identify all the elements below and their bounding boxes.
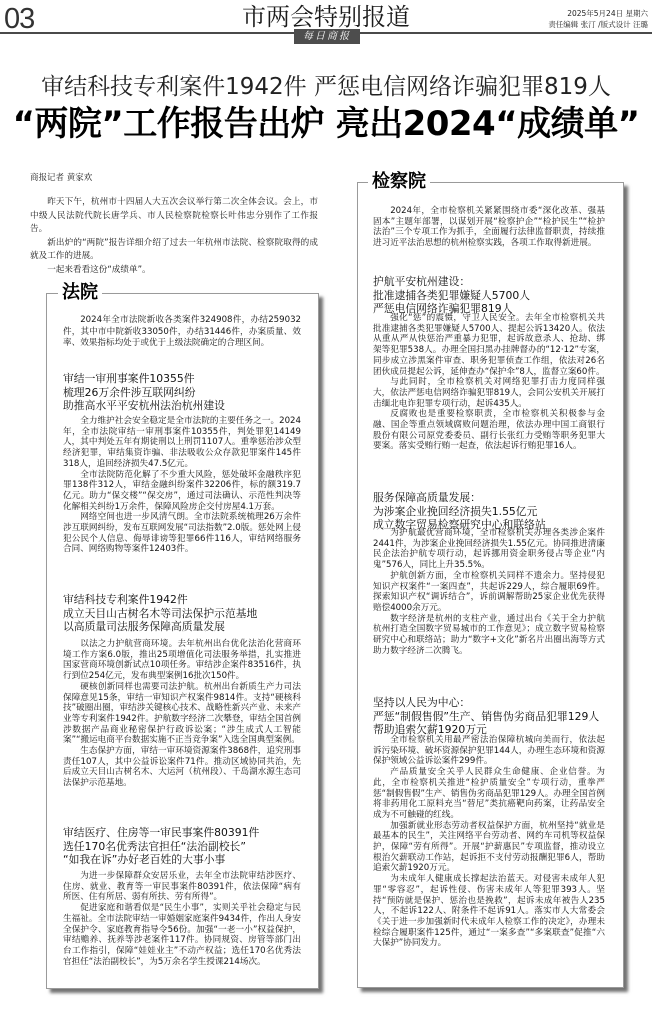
paragraph: 以法之力护航营商环境。去年杭州出台优化法治化营商环境工作方案6.0版，推出25项… — [63, 639, 301, 682]
section-title: 市两会特别报道 — [176, 3, 476, 31]
procuratorate-lead-paragraph: 2024年，全市检察机关紧紧围绕市委“深化改革、强基固本”主题年部署，以谋划开展… — [373, 206, 605, 249]
subhead: 助推高水平平安杭州法治杭州建设 — [63, 399, 301, 413]
procuratorate-box-title: 检察院 — [368, 172, 430, 192]
headline-title: “两院”工作报告出炉 亮出2024“成绩单” — [0, 104, 652, 144]
paragraph: 网络空间也进一步风清气朗。全市法院系统梳理26万余件涉互联网纠纷，发布互联网发展… — [63, 512, 301, 555]
subhead: 审结医疗、住房等一审民事案件80391件 — [63, 826, 301, 840]
paragraph: 全市检察机关用最严密法治保障杭城向美而行，依法起诉污染环境、破坏资源保护犯罪14… — [373, 735, 605, 767]
paragraph: 全力维护社会安全稳定是全市法院的主要任务之一。2024年，全市法院审结一审刑事案… — [63, 416, 301, 470]
court-box-title: 法院 — [58, 283, 102, 303]
court-section-1-heads: 审结一审刑事案件10355件 梳理26万余件涉互联网纠纷 助推高水平平安杭州法治… — [63, 372, 301, 413]
subhead: 以高质量司法服务保障高质量发展 — [63, 620, 301, 634]
headline-subtitle: 审结科技专利案件1942件 严惩电信网络诈骗犯罪819人 — [0, 74, 652, 100]
subhead: 为涉案企业挽回经济损失1.55亿元 — [373, 505, 605, 519]
paragraph: 全市法院防范化解了不少重大风险，惩处破坏金融秩序犯罪138件312人，审结金融纠… — [63, 470, 301, 513]
intro-paragraph: 一起来看看这份“成绩单”。 — [30, 264, 318, 278]
paragraph: 为进一步保障群众安居乐业，去年全市法院审结涉医疗、住房、就业、教育等一审民事案件… — [63, 871, 301, 903]
editor-credits: 责任编辑 张汀 /版式设计 汪璐 — [548, 20, 648, 29]
subhead: 服务保障高质量发展： — [373, 491, 605, 505]
court-section-2-heads: 审结科技专利案件1942件 成立天目山古树名木等司法保护示范基地 以高质量司法服… — [63, 593, 301, 634]
procuratorate-section-1-heads: 护航平安杭州建设： 批准逮捕各类犯罪嫌疑人5700人 严惩电信网络诈骗犯罪819… — [373, 275, 605, 316]
paragraph: 产品质量安全关乎人民群众生命健康、企业信誉。为此，全市检察机关推进“检护质量安全… — [373, 767, 605, 821]
court-section-2-body: 以法之力护航营商环境。去年杭州出台优化法治化营商环境工作方案6.0版，推出25项… — [63, 639, 301, 789]
subhead: 成立天目山古树名木等司法保护示范基地 — [63, 607, 301, 621]
intro: 昨天下午，杭州市十四届人大五次会议举行第二次全体会议。会上，市中级人民法院代院长… — [30, 196, 318, 277]
subhead: 梳理26万余件涉互联网纠纷 — [63, 386, 301, 400]
procuratorate-section-1-body: 强化“惩”的震慑，守卫人民安全。去年全市检察机关共批准逮捕各类犯罪嫌疑人5700… — [373, 313, 605, 452]
issue-date: 2025年5月24日 星期六 — [567, 9, 648, 18]
paragraph: 反腐败也是重要检察职责，全市检察机关积极参与金融、国企等重点领域腐败问题治理，依… — [373, 409, 605, 452]
paragraph: 与此同时，全市检察机关对网络犯罪打击力度同样强大，依法严惩电信网络诈骗犯罪819… — [373, 377, 605, 409]
intro-paragraph: 新出炉的“两院”报告详细介绍了过去一年杭州市法院、检察院取得的成就及工作的进展。 — [30, 237, 318, 264]
subhead: 批准逮捕各类犯罪嫌疑人5700人 — [373, 289, 605, 303]
court-lead-paragraph: 2024年全市法院新收各类案件324908件，办结259032件，其中市中院新收… — [63, 315, 301, 350]
byline: 商报记者 黄家欢 — [30, 173, 92, 184]
procuratorate-lead: 2024年，全市检察机关紧紧围绕市委“深化改革、强基固本”主题年部署，以谋划开展… — [373, 206, 605, 249]
subhead: “如我在诉”办好老百姓的大事小事 — [63, 853, 301, 867]
procuratorate-section-3-heads: 坚持以人民为中心： 严惩“制假售假”生产、销售伪劣商品犯罪129人 帮助追索欠薪… — [373, 696, 605, 737]
newspaper-logo: 每日商报 — [294, 29, 360, 44]
court-section-1-body: 全力维护社会安全稳定是全市法院的主要任务之一。2024年，全市法院审结一审刑事案… — [63, 416, 301, 555]
subhead: 审结科技专利案件1942件 — [63, 593, 301, 607]
court-section-3-heads: 审结医疗、住房等一审民事案件80391件 选任170名优秀法官担任“法治副校长”… — [63, 826, 301, 867]
subhead: 审结一审刑事案件10355件 — [63, 372, 301, 386]
paragraph: 硬核创新同样也需要司法护航。杭州出台新质生产力司法保障意见15条，审结一审知识产… — [63, 682, 301, 746]
paragraph: 加强新就业形态劳动者权益保护方面，杭州坚持“就业是最基本的民生”，关注网络平台劳… — [373, 821, 605, 875]
intro-paragraph: 昨天下午，杭州市十四届人大五次会议举行第二次全体会议。会上，市中级人民法院代院长… — [30, 196, 318, 237]
paragraph: 促进家庭和谐看似是“民生小事”，实则关乎社会稳定与民生福祉。全市法院审结一审婚姻… — [63, 903, 301, 967]
subhead: 坚持以人民为中心： — [373, 696, 605, 710]
paragraph: 生态保护方面，审结一审环境资源案件3868件，追究刑事责任107人，其中公益诉讼… — [63, 746, 301, 789]
paragraph: 强化“惩”的震慑，守卫人民安全。去年全市检察机关共批准逮捕各类犯罪嫌疑人5700… — [373, 313, 605, 377]
subhead: 护航平安杭州建设： — [373, 275, 605, 289]
paragraph: 护航创新方面，全市检察机关同样不遗余力。坚持侵犯知识产权案件“一案四查”，共起诉… — [373, 571, 605, 614]
newspaper-page: 03 市两会特别报道 2025年5月24日 星期六 责任编辑 张汀 /版式设计 … — [0, 0, 652, 1024]
page-number: 03 — [4, 4, 34, 34]
subhead: 选任170名优秀法官担任“法治副校长” — [63, 840, 301, 854]
procuratorate-section-2-heads: 服务保障高质量发展： 为涉案企业挽回经济损失1.55亿元 成立数字贸易检察研究中… — [373, 491, 605, 532]
paragraph: 为未成年人健康成长撑起法治蓝天。对侵害未成年人犯罪“零容忍”，起诉性侵、伤害未成… — [373, 874, 605, 949]
court-lead: 2024年全市法院新收各类案件324908件，办结259032件，其中市中院新收… — [63, 315, 301, 350]
paragraph: 数字经济是杭州的支柱产业，通过出台《关于全力护航杭州打造全国数字贸易城市的工作意… — [373, 614, 605, 657]
procuratorate-section-2-body: 为护航最优营商环境，全市检察机关办理各类涉企案件2441件，为涉案企业挽回经济损… — [373, 528, 605, 656]
procuratorate-section-3-body: 全市检察机关用最严密法治保障杭城向美而行，依法起诉污染环境、破坏资源保护犯罪14… — [373, 735, 605, 949]
subhead: 严惩“制假售假”生产、销售伪劣商品犯罪129人 — [373, 710, 605, 724]
paragraph: 为护航最优营商环境，全市检察机关办理各类涉企案件2441件，为涉案企业挽回经济损… — [373, 528, 605, 571]
court-section-3-body: 为进一步保障群众安居乐业，去年全市法院审结涉医疗、住房、就业、教育等一审民事案件… — [63, 871, 301, 967]
